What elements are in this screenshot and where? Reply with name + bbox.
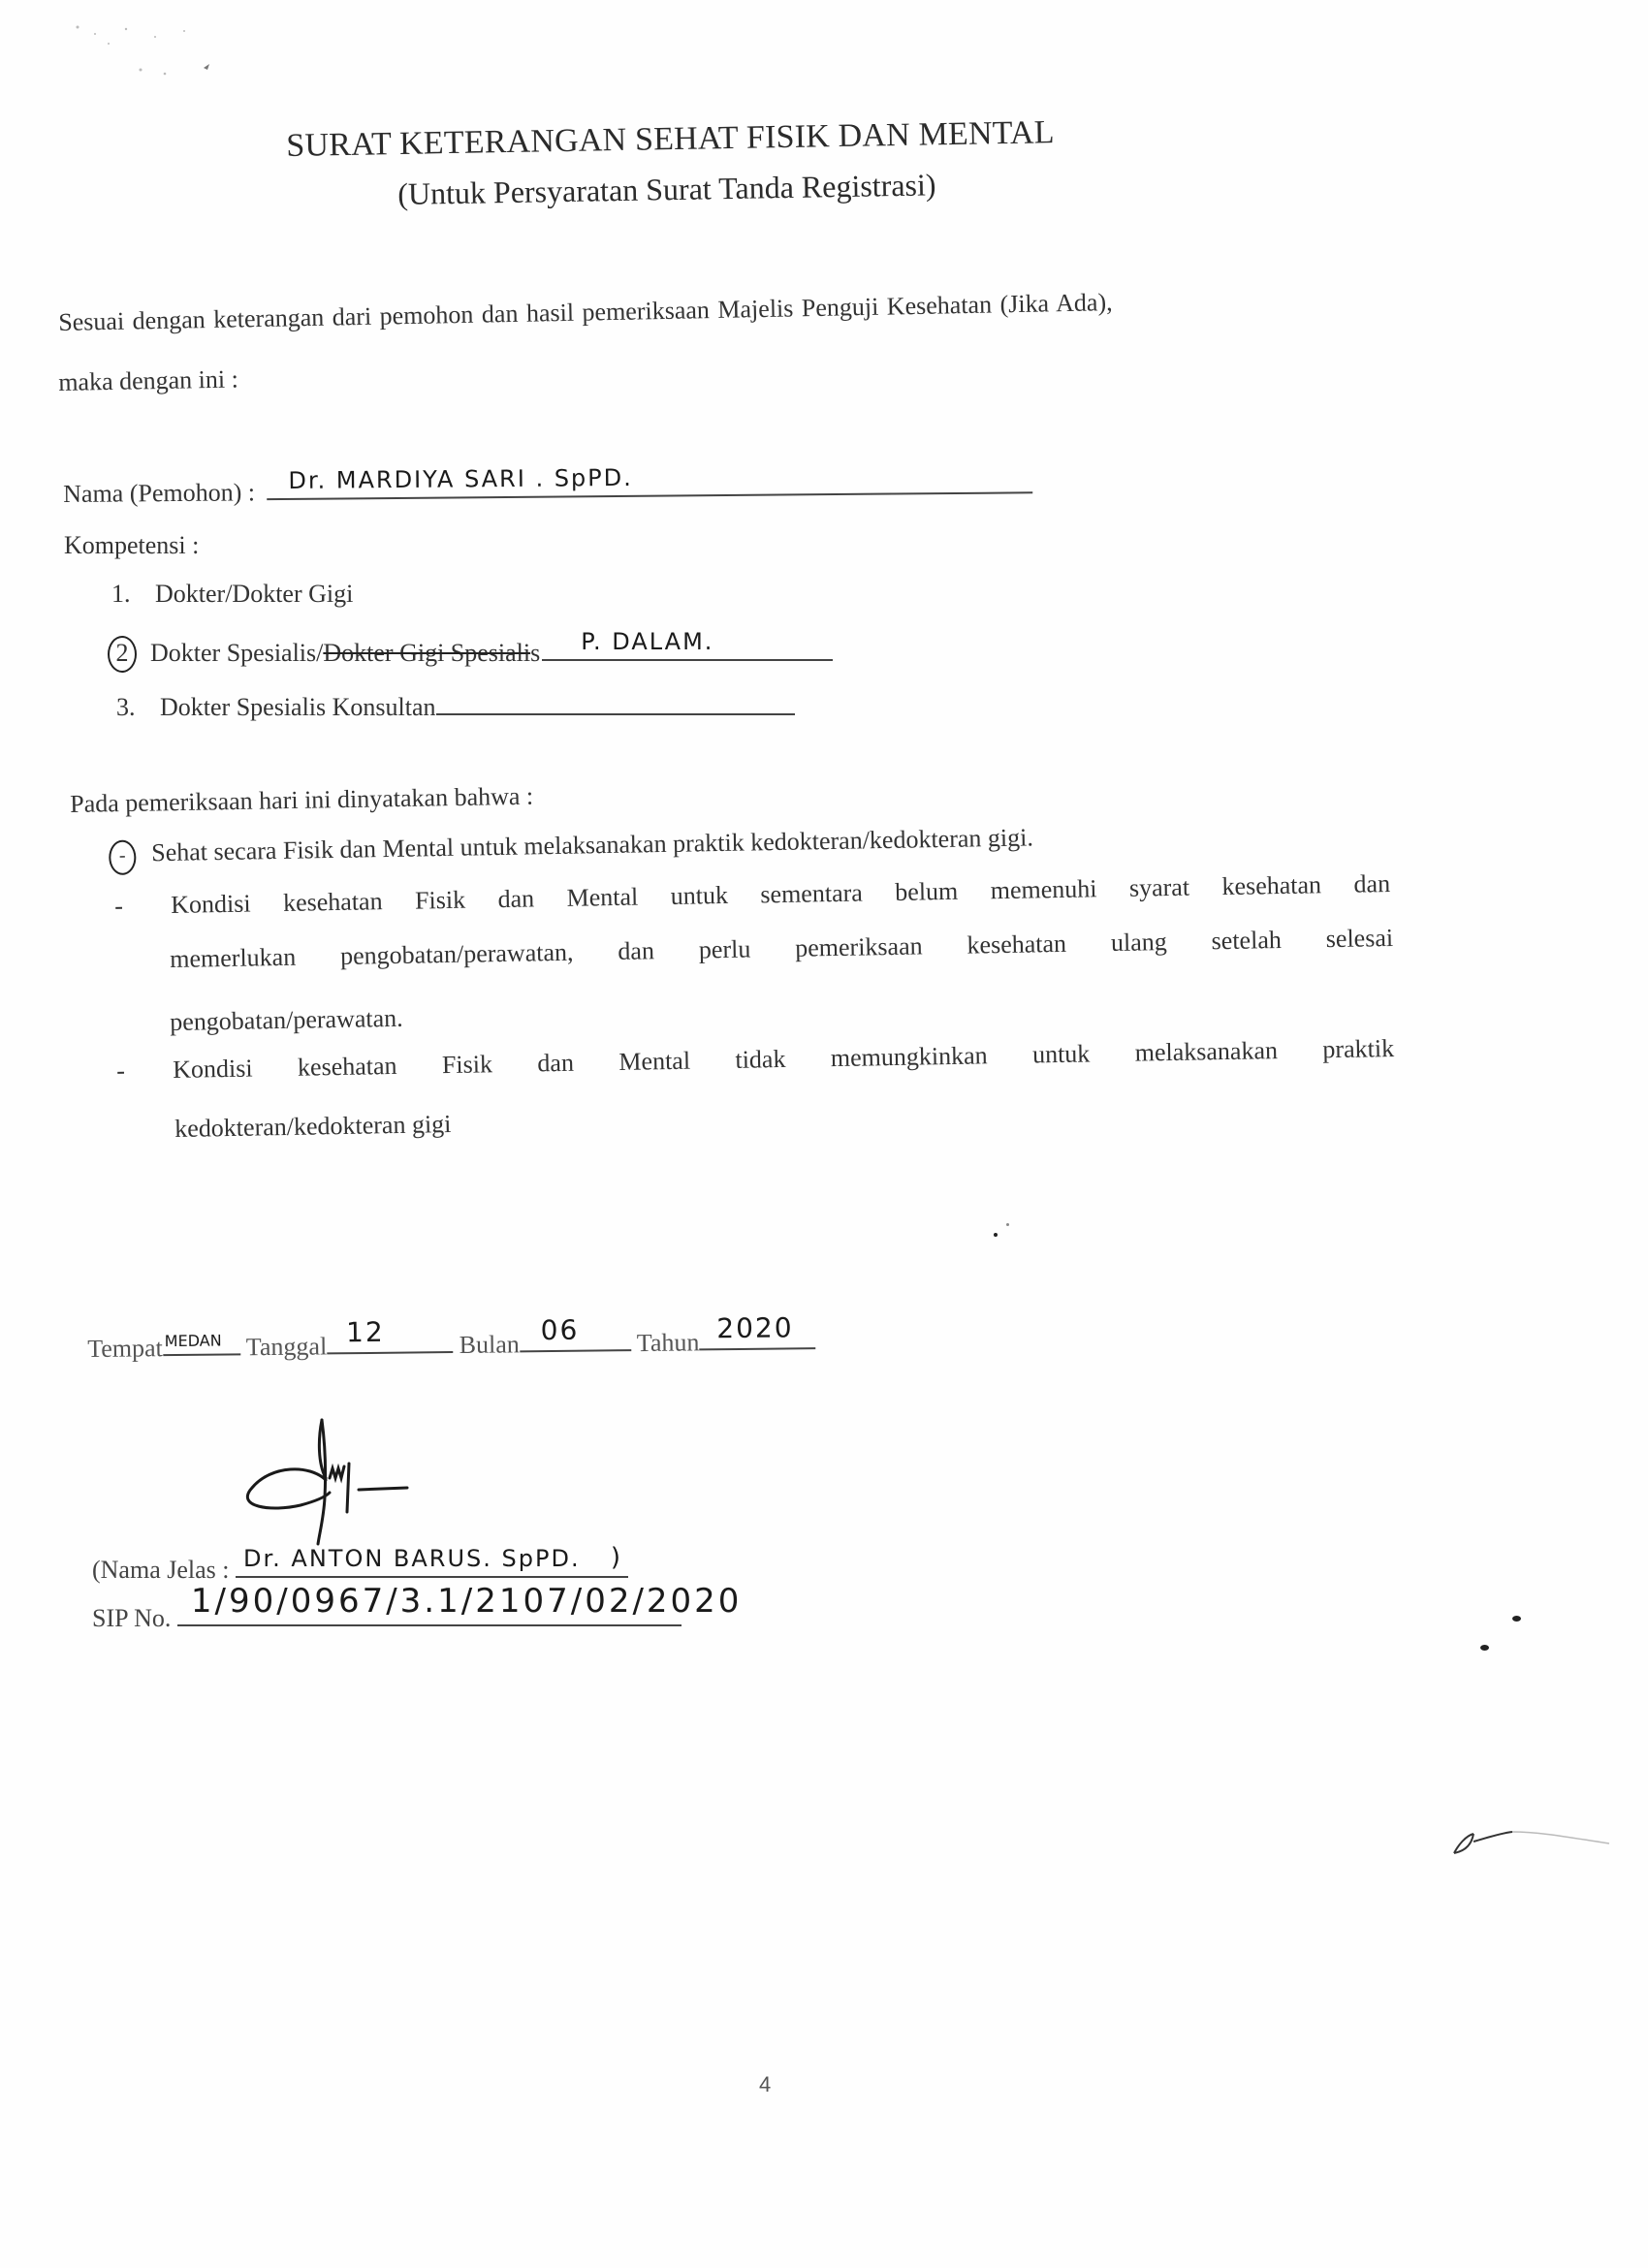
month-value: 06 (540, 1314, 579, 1346)
consultant-field[interactable] (436, 686, 795, 715)
year-value: 2020 (716, 1311, 794, 1344)
day-value: 12 (346, 1316, 385, 1348)
intro-paragraph-line-2: maka dengan ini : (58, 364, 238, 397)
month-label: Bulan (460, 1330, 520, 1359)
specialist-value: P. DALAM. (581, 628, 713, 655)
ink-dot (994, 1233, 998, 1237)
competence-option-1[interactable]: 1.Dokter/Dokter Gigi (111, 580, 353, 609)
document-subtitle: (Untuk Persyaratan Surat Tanda Registras… (397, 167, 936, 212)
sip-row: SIP No. 1/90/0967/3.1/2107/02/2020 (92, 1597, 681, 1633)
statement-option-temporary-cont-2: pengobatan/perawatan. (170, 1004, 403, 1037)
statement-option-unfit-cont: kedokteran/kedokteran gigi (174, 1110, 452, 1144)
statement-option-healthy[interactable]: -Sehat secara Fisik dan Mental untuk mel… (109, 823, 1033, 875)
competence-number-1: 1. (111, 580, 155, 609)
applicant-name-field[interactable]: Dr. MARDIYA SARI . SpPD. (267, 464, 1032, 500)
competence-text-1: Dokter/Dokter Gigi (155, 580, 353, 608)
statement-option-healthy-text: Sehat secara Fisik dan Mental untuk mela… (151, 823, 1033, 866)
selected-circle-icon: - (109, 840, 137, 875)
document-title: SURAT KETERANGAN SEHAT FISIK DAN MENTAL (286, 114, 1055, 165)
statement-label: Pada pemeriksaan hari ini dinyatakan bah… (70, 782, 533, 819)
place-field[interactable]: MEDAN (163, 1326, 240, 1356)
place-date-row: TempatMEDAN Tanggal12 Bulan06 Tahun2020 (87, 1320, 816, 1364)
applicant-name-label: Nama (Pemohon) : (63, 478, 255, 508)
competence-text-2-tail: s (530, 639, 540, 667)
day-label: Tanggal (246, 1332, 328, 1361)
signer-name-value: Dr. ANTON BARUS. SpPD. (243, 1545, 581, 1572)
applicant-name-row: Nama (Pemohon) : Dr. MARDIYA SARI . SpPD… (63, 464, 1033, 509)
bullet-dash-icon: - (114, 891, 172, 921)
signer-name-field[interactable]: Dr. ANTON BARUS. SpPD.) (236, 1549, 628, 1578)
competence-text-3: Dokter Spesialis Konsultan (160, 693, 436, 721)
statement-option-temporary-line-2: memerlukan pengobatan/perawatan, dan per… (170, 924, 1393, 974)
ink-dot (1480, 1645, 1489, 1651)
statement-option-temporary-line-1: Kondisi kesehatan Fisik dan Mental untuk… (171, 869, 1390, 920)
signer-name-label: (Nama Jelas : (92, 1556, 230, 1584)
competence-option-2[interactable]: 2Dokter Spesialis/Dokter Gigi SpesialisP… (111, 632, 833, 673)
signer-name-close: ) (611, 1543, 622, 1572)
signer-name-row: (Nama Jelas : Dr. ANTON BARUS. SpPD.) (92, 1549, 628, 1585)
ink-dot (1512, 1616, 1521, 1622)
intro-paragraph-line-1: Sesuai dengan keterangan dari pemohon da… (58, 288, 1113, 337)
stray-ink-mark (1444, 1822, 1619, 1861)
sip-value: 1/90/0967/3.1/2107/02/2020 (191, 1582, 743, 1621)
bullet-dash-icon: - (116, 1055, 174, 1086)
year-label: Tahun (637, 1328, 700, 1357)
year-field[interactable]: 2020 (699, 1320, 815, 1350)
selected-circle-icon: 2 (108, 636, 137, 673)
competence-text-2: Dokter Spesialis/ (150, 639, 323, 667)
competence-text-2-struck: Dokter Gigi Spesiali (323, 639, 530, 667)
applicant-name-value: Dr. MARDIYA SARI . SpPD. (288, 464, 633, 494)
ink-dot (1006, 1223, 1009, 1226)
competence-option-3[interactable]: 3.Dokter Spesialis Konsultan (116, 686, 795, 722)
statement-option-temporary-cont: memerlukan pengobatan/perawatan, dan per… (170, 924, 1393, 974)
statement-option-temporary-line-3: pengobatan/perawatan. (170, 1004, 403, 1036)
statement-option-temporary[interactable]: -Kondisi kesehatan Fisik dan Mental untu… (114, 869, 1390, 921)
statement-option-unfit[interactable]: -Kondisi kesehatan Fisik dan Mental tida… (116, 1034, 1394, 1086)
statement-option-unfit-line-1: Kondisi kesehatan Fisik dan Mental tidak… (173, 1034, 1394, 1085)
sip-label: SIP No. (92, 1604, 171, 1632)
specialist-field[interactable]: P. DALAM. (542, 632, 833, 661)
statement-option-unfit-line-2: kedokteran/kedokteran gigi (174, 1110, 452, 1143)
place-label: Tempat (87, 1334, 163, 1363)
competence-label: Kompetensi : (64, 531, 199, 560)
page-number: 4 (759, 2072, 771, 2097)
document-page: SURAT KETERANGAN SEHAT FISIK DAN MENTAL … (0, 0, 1648, 2268)
competence-number-3: 3. (116, 693, 160, 722)
signature (233, 1410, 485, 1546)
scan-noise (39, 10, 233, 78)
day-field[interactable]: 12 (327, 1324, 453, 1354)
sip-field[interactable]: 1/90/0967/3.1/2107/02/2020 (177, 1597, 681, 1626)
place-value: MEDAN (165, 1332, 222, 1351)
month-field[interactable]: 06 (520, 1322, 631, 1352)
